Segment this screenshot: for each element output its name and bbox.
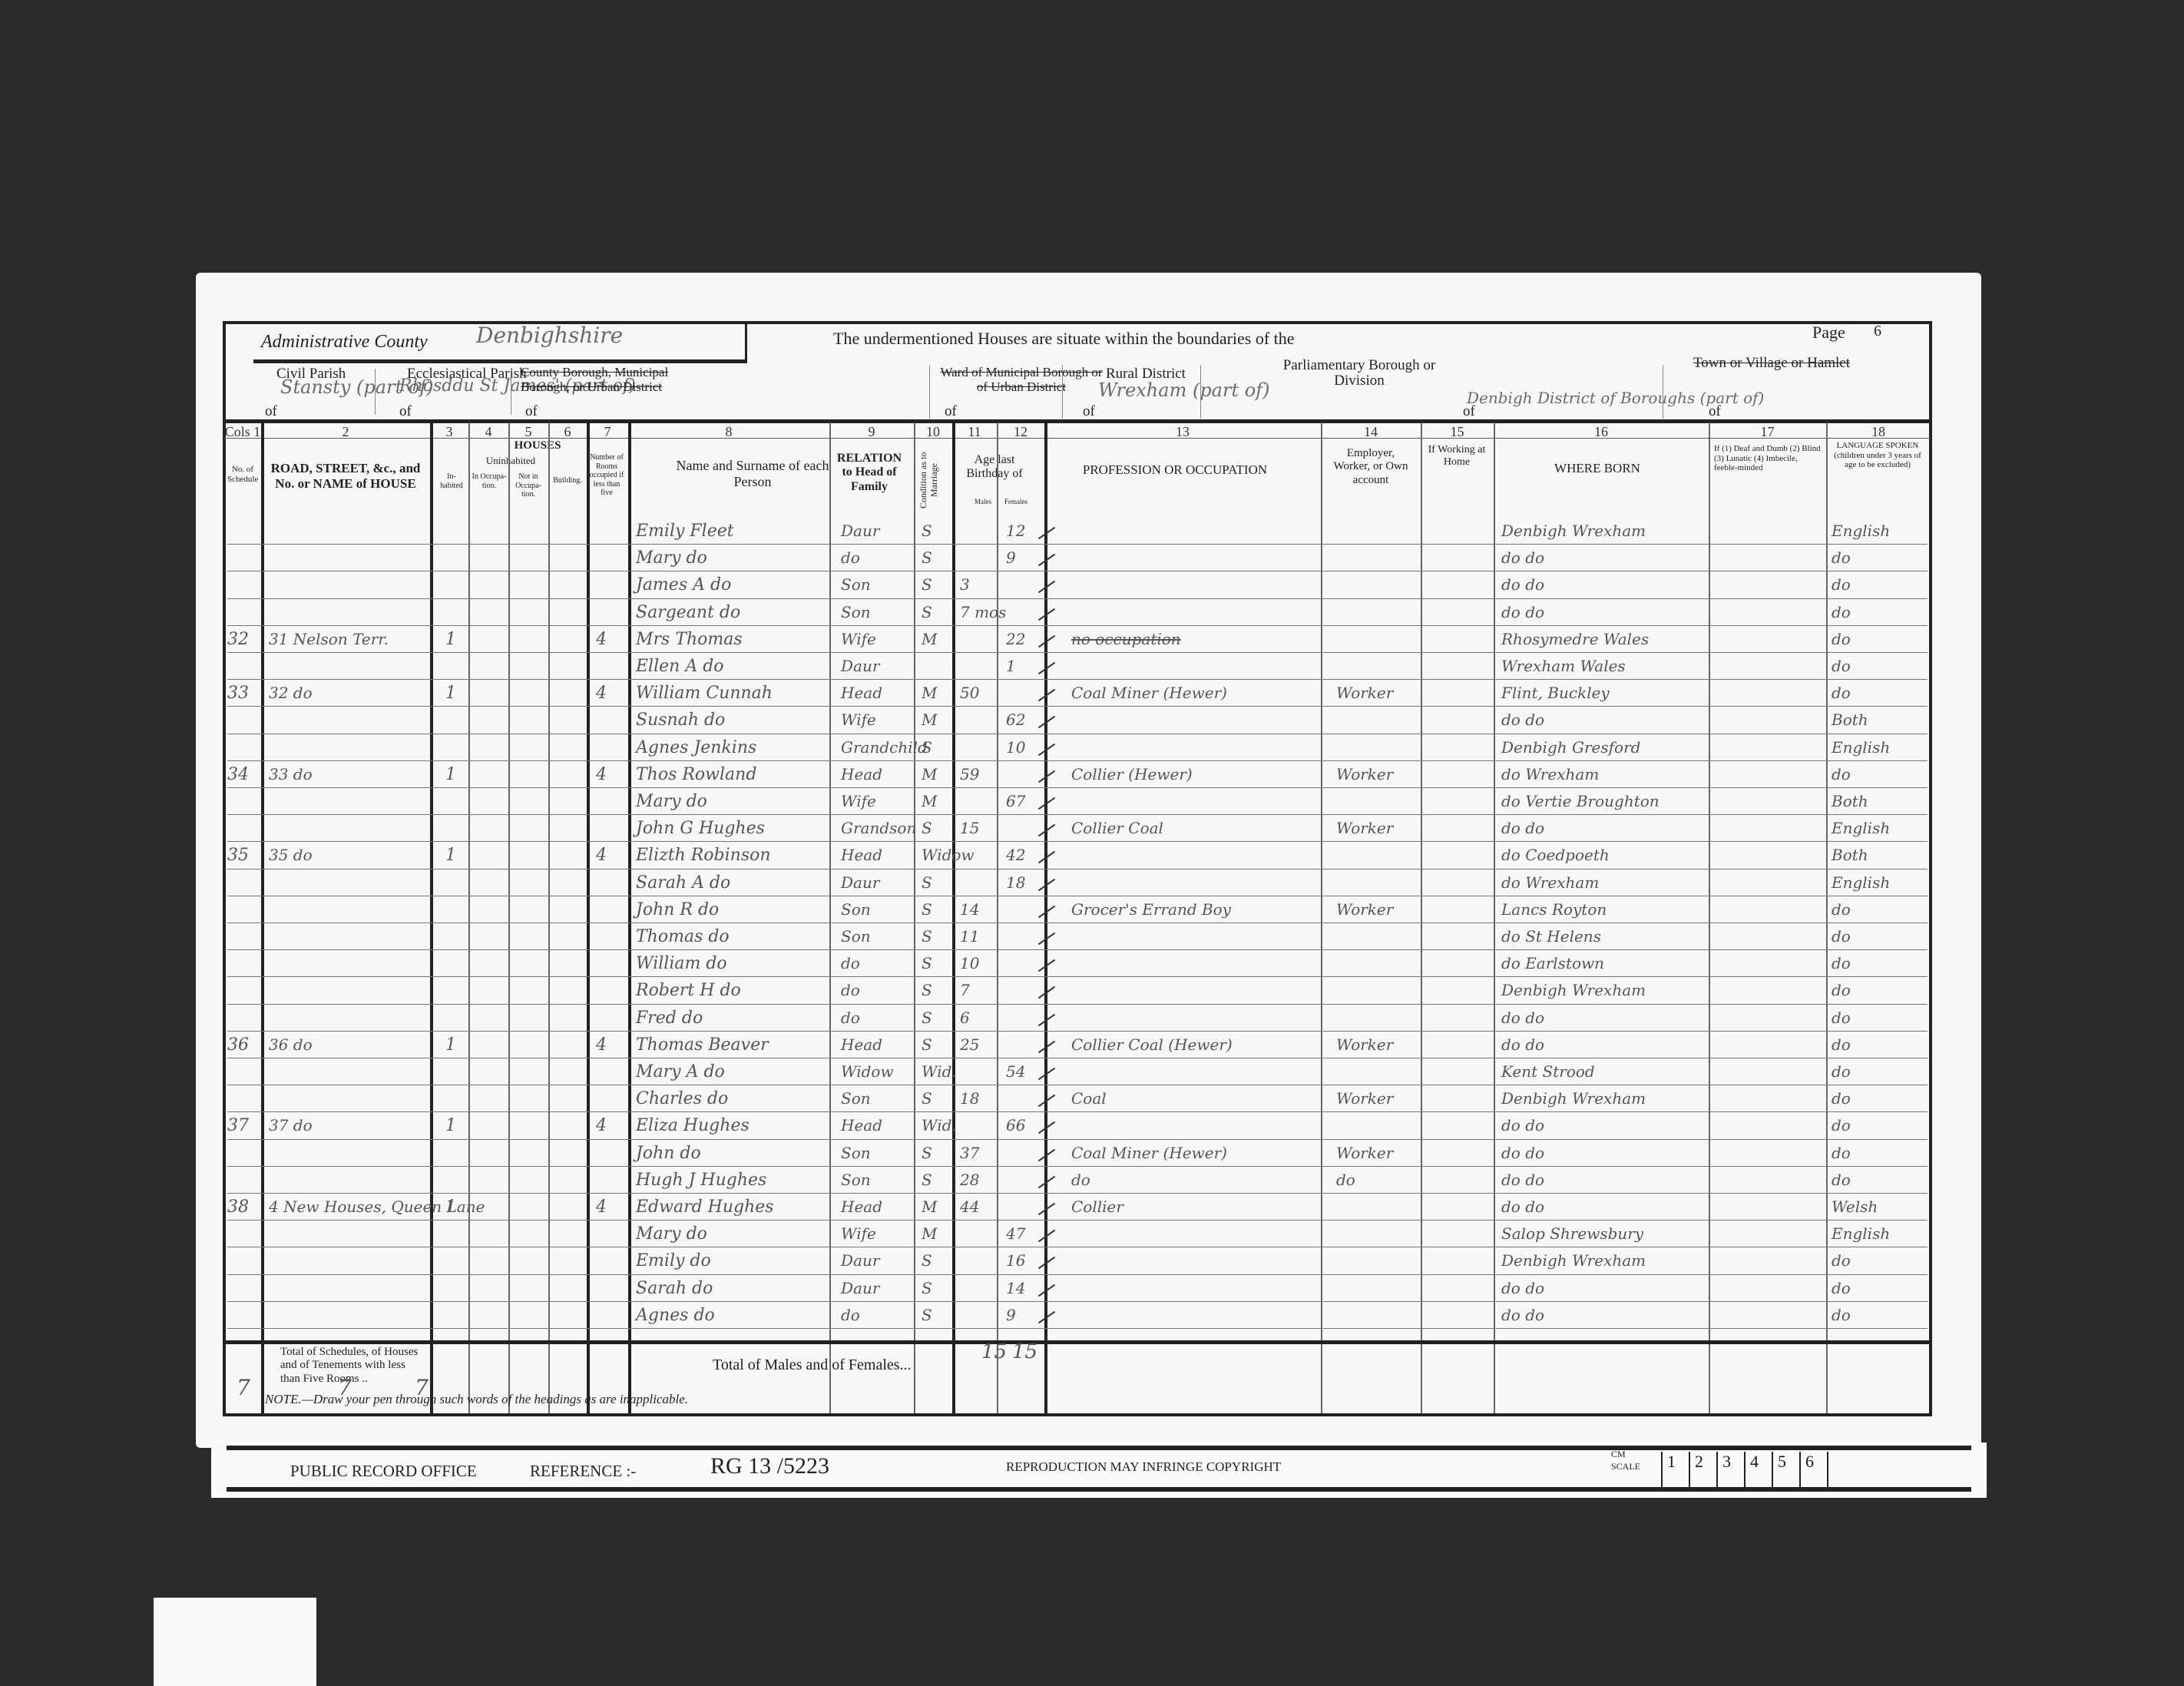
cell-name: Elizth Robinson [636,846,771,865]
cell-name: Charles do [636,1089,728,1108]
col-not-occupation-head: Not in Occupa-tion. [509,472,548,499]
cell-rel: Son [841,1089,871,1108]
cell-name: Hugh J Hughes [636,1171,766,1190]
col-inhabited-head: In-habited [436,472,467,490]
cell-male: 11 [960,927,979,946]
cell-lang: do [1832,1279,1851,1297]
footnote: NOTE.—Draw your pen through such words o… [265,1392,688,1407]
cell-name: James A do [636,575,731,595]
of-label-6: of [1463,403,1475,420]
cell-cond: S [922,1251,932,1270]
cell-cond: S [922,738,932,757]
cell-sched: 35 [227,846,249,865]
cell-inh: 1 [445,765,456,784]
cell-lang: do [1832,657,1851,675]
of-label-1: of [265,403,277,420]
cell-rel: Son [841,927,871,946]
totals-schedules-value: 7 [237,1375,250,1400]
row-rule [227,1274,1928,1275]
cell-occ: Grocer's Errand Boy [1071,900,1231,919]
cell-female: 9 [1006,1306,1016,1324]
cell-born: Denbigh Wrexham [1501,1089,1646,1108]
cell-name: Ellen A do [636,657,724,676]
cell-male: 50 [960,684,979,702]
cell-born: do do [1501,1197,1544,1216]
cell-born: Salop Shrewsbury [1501,1224,1643,1243]
cell-born: do do [1501,1306,1544,1324]
cell-name: John do [636,1144,701,1163]
cell-occ: Coal Miner (Hewer) [1071,684,1227,702]
cell-name: Sarah A do [636,873,730,893]
cell-male: 3 [960,575,970,594]
cell-born: do Vertie Broughton [1501,792,1660,810]
cell-cond: Widow [922,846,975,864]
cell-born: do do [1501,1144,1544,1162]
totals-divider [224,1340,1931,1344]
of-label-4: of [945,403,957,420]
cell-cond: Wid. [922,1062,957,1081]
cell-addr: 31 Nelson Terr. [269,630,389,648]
cell-female: 18 [1006,873,1025,892]
cell-cond: S [922,1035,932,1054]
cell-female: 42 [1006,846,1025,864]
cell-addr: 32 do [269,684,313,702]
cell-rooms: 4 [596,846,607,865]
cell-rel: Daur [841,1251,879,1270]
cell-cond: M [922,630,937,648]
row-rule [227,679,1928,680]
cell-born: Lancs Royton [1501,900,1607,919]
admin-county-value: Denbighshire [476,323,623,348]
cell-born: do Coedpoeth [1501,846,1610,864]
cell-emp: Worker [1336,1089,1393,1108]
cell-lang: do [1832,1251,1851,1270]
cell-cond: M [922,765,937,783]
of-label-2: of [399,403,412,420]
cell-female: 12 [1006,522,1025,540]
cell-female: 47 [1006,1224,1025,1243]
cm-scale-label: CM SCALE [1611,1449,1642,1472]
cell-inh: 1 [445,1116,456,1135]
cell-rel: Daur [841,522,879,540]
cell-cond: S [922,1279,932,1297]
of-label-3: of [525,403,538,420]
cell-lang: English [1832,738,1890,757]
cell-born: do Wrexham [1501,873,1599,892]
cell-name: Eliza Hughes [636,1116,750,1135]
row-rule [227,706,1928,707]
col-houses-head: HOUSES [476,439,599,452]
cell-name: Mrs Thomas [636,630,743,649]
intro-text: The undermentioned Houses are situate wi… [833,329,1295,349]
cell-rel: Son [841,575,871,594]
parl-borough-label: Parliamentary Borough or Division [1259,358,1459,389]
cell-inh: 1 [445,846,456,865]
cell-male: 28 [960,1171,979,1189]
cell-rel: Head [841,1116,882,1134]
cell-cond: M [922,711,937,729]
cell-lang: do [1832,603,1851,621]
row-rule [227,841,1928,842]
col-at-home-head: If Working at Home [1426,444,1487,469]
cell-female: 62 [1006,711,1025,729]
col-language-head: LANGUAGE SPOKEN (children under 3 years … [1828,441,1928,470]
cell-cond: S [922,603,932,621]
cell-male: 14 [960,900,979,919]
cell-born: do do [1501,1009,1544,1027]
scale-mark: 5 [1772,1452,1799,1490]
row-rule [227,598,1928,599]
cell-male: 59 [960,765,979,783]
cell-emp: Worker [1336,765,1393,783]
cell-rel: Son [841,900,871,919]
cell-cond: S [922,819,932,837]
cell-rooms: 4 [596,684,607,703]
town-label: Town or Village or Hamlet [1693,355,1850,372]
cell-female: 1 [1006,657,1016,675]
cell-rooms: 4 [596,1197,607,1217]
cell-name: Thomas Beaver [636,1035,769,1055]
cell-cond: S [922,548,932,567]
row-rule [227,625,1928,626]
row-rule [227,1004,1928,1005]
cell-lang: do [1832,1171,1851,1189]
cell-lang: do [1832,900,1851,919]
cell-male: 18 [960,1089,979,1108]
cell-rel: Son [841,1171,871,1189]
cell-female: 9 [1006,548,1016,567]
cell-cond: S [922,522,932,540]
cell-born: Wrexham Wales [1501,657,1626,675]
cell-cond: S [922,1306,932,1324]
cell-occ: do [1071,1171,1090,1189]
cell-rooms: 4 [596,765,607,784]
cell-name: John R do [636,900,719,919]
col-schedule-head: No. of Schedule [227,465,258,484]
cell-name: William Cunnah [636,684,773,703]
col-name-head: Name and Surname of each Person [676,458,829,489]
cell-addr: 35 do [269,846,313,864]
cell-emp: Worker [1336,819,1393,837]
cell-name: Sarah do [636,1279,713,1298]
cell-name: Thos Rowland [636,765,756,784]
cell-rel: Head [841,1197,882,1216]
cell-female: 10 [1006,738,1025,757]
cell-rel: Grandson [841,819,916,837]
cell-occ: Coal Miner (Hewer) [1071,1144,1227,1162]
cell-lang: Both [1832,846,1868,864]
cell-cond: M [922,684,937,702]
cell-inh: 1 [445,684,456,703]
row-rule [227,1301,1928,1302]
cell-lang: English [1832,873,1890,892]
cell-born: do do [1501,1279,1544,1297]
col-rooms-head: Number of Rooms occupied if less than fi… [587,453,626,498]
row-rule [227,869,1928,869]
col-uninhabited-head: Uninhabited [472,455,549,467]
cell-cond: M [922,1197,937,1216]
admin-county-label: Administrative County [261,332,428,353]
cell-occ: Collier (Hewer) [1071,765,1193,783]
totals-males-value: 15 [981,1340,1007,1363]
cell-name: Emily Fleet [636,522,734,541]
cell-male: 15 [960,819,979,837]
cell-emp: do [1336,1171,1355,1189]
cell-lang: do [1832,1144,1851,1162]
cell-female: 67 [1006,792,1025,810]
cell-emp: Worker [1336,900,1393,919]
cell-cond: S [922,1144,932,1162]
cell-name: Mary do [636,792,707,811]
row-rule [227,922,1928,923]
cell-born: Denbigh Wrexham [1501,522,1646,540]
cell-occ: Coal [1071,1089,1107,1108]
cell-cond: Wid. [922,1116,957,1134]
cell-cond: M [922,1224,937,1243]
county-borough-label: County Borough, Municipal Borough, or Ur… [521,366,697,394]
cell-name: Edward Hughes [636,1197,774,1217]
cell-sched: 33 [227,684,249,703]
cell-rel: do [841,954,860,972]
cell-rel: Head [841,684,882,702]
cell-inh: 1 [445,630,456,649]
cell-born: Rhosymedre Wales [1501,630,1649,648]
cell-sched: 38 [227,1197,249,1217]
cell-addr: 36 do [269,1035,313,1054]
cell-emp: Worker [1336,1035,1393,1054]
cell-rel: do [841,548,860,567]
col-infirmity-head: If (1) Deaf and Dumb (2) Blind (3) Lunat… [1714,444,1822,473]
row-rule [227,571,1928,571]
cell-cond: S [922,981,932,999]
totals-females-value: 15 [1012,1340,1037,1363]
cell-rel: Son [841,1144,871,1162]
cell-name: William do [636,954,727,973]
cell-sched: 32 [227,630,249,649]
cell-lang: English [1832,522,1890,540]
cell-female: 22 [1006,630,1025,648]
cell-rel: do [841,1306,860,1324]
cell-born: do do [1501,1116,1544,1134]
scale-mark: 6 [1799,1452,1827,1490]
row-rule [227,976,1928,977]
cell-inh: 1 [445,1197,456,1217]
cell-lang: do [1832,1089,1851,1108]
cell-born: do do [1501,819,1544,837]
cell-male: 37 [960,1144,979,1162]
archive-office: PUBLIC RECORD OFFICE [290,1462,477,1481]
cell-name: Fred do [636,1009,703,1028]
cell-lang: do [1832,630,1851,648]
reference-label: REFERENCE :- [530,1462,636,1481]
cell-rel: Wife [841,1224,876,1243]
totals-schedules-label: Total of Schedules, of Houses and of Ten… [280,1346,426,1386]
cell-cond: S [922,927,932,946]
cell-lang: do [1832,1306,1851,1324]
row-rule [227,1031,1928,1032]
cell-born: do do [1501,548,1544,567]
col-employer-head: Employer, Worker, or Own account [1329,447,1413,487]
cell-born: do do [1501,1035,1544,1054]
cell-lang: English [1832,819,1890,837]
cell-male: 6 [960,1009,970,1027]
col-age-head: Age last Birthday of [964,453,1025,482]
cell-name: Susnah do [636,711,725,730]
cell-rel: Son [841,603,871,621]
cell-rooms: 4 [596,630,607,649]
cell-born: Flint, Buckley [1501,684,1610,702]
cell-male: 44 [960,1197,979,1216]
row-rule [227,1328,1928,1329]
cell-rel: Head [841,846,882,864]
rural-district-value: Wrexham (part of) [1098,379,1269,401]
page-number: 6 [1874,323,1881,340]
cell-addr: 37 do [269,1116,313,1134]
cell-name: John G Hughes [636,819,765,838]
cell-born: do do [1501,711,1544,729]
cell-female: 66 [1006,1116,1025,1134]
cell-born: Denbigh Wrexham [1501,1251,1646,1270]
cell-rel: Widow [841,1062,894,1081]
cell-lang: do [1832,548,1851,567]
col-address-head: ROAD, STREET, &c., and No. or NAME of HO… [265,461,426,491]
cell-cond: S [922,1089,932,1108]
cell-emp: Worker [1336,684,1393,702]
cell-addr: 33 do [269,765,313,783]
totals-males-females-label: Total of Males and of Females... [713,1356,912,1374]
cell-male: 25 [960,1035,979,1054]
row-rule [227,734,1928,734]
cell-name: Sargeant do [636,603,740,622]
cell-rel: Head [841,1035,882,1054]
scale-mark: 2 [1689,1452,1716,1490]
cell-inh: 1 [445,1035,456,1055]
cell-lang: Both [1832,792,1868,810]
white-card [154,1598,316,1686]
cell-rel: Daur [841,873,879,892]
cell-lang: do [1832,981,1851,999]
row-rule [227,1085,1928,1085]
row-rule [227,652,1928,653]
cell-born: Denbigh Gresford [1501,738,1640,757]
cell-sched: 34 [227,765,249,784]
page-label: Page [1812,323,1845,343]
of-label-7: of [1709,403,1721,420]
row-rule [227,896,1928,896]
cell-occ: no occupation [1071,630,1181,648]
cell-female: 54 [1006,1062,1025,1081]
cell-name: Mary do [636,1224,707,1244]
cell-lang: Welsh [1832,1197,1878,1216]
row-rule [227,1139,1928,1140]
row-rule [227,1220,1928,1221]
cell-name: Agnes do [636,1306,715,1325]
cell-rel: do [841,1009,860,1027]
col-occupation-head: PROFESSION OR OCCUPATION [1052,462,1298,478]
cell-cond: M [922,792,937,810]
cell-cond: S [922,1171,932,1189]
cell-rel: Head [841,765,882,783]
col-in-occupation-head: In Occupa-tion. [470,472,508,490]
cell-born: Denbigh Wrexham [1501,981,1646,999]
cell-rel: Daur [841,657,879,675]
cell-lang: do [1832,765,1851,783]
cell-name: Mary do [636,548,707,568]
copyright-notice: REPRODUCTION MAY INFRINGE COPYRIGHT [1006,1459,1281,1475]
cell-lang: do [1832,575,1851,594]
cell-lang: do [1832,684,1851,702]
cell-occ: Collier Coal [1071,819,1163,837]
row-rule [227,787,1928,788]
cell-born: Kent Strood [1501,1062,1595,1081]
cell-lang: do [1832,1062,1851,1081]
cell-rel: Daur [841,1279,879,1297]
cell-female: 14 [1006,1279,1025,1297]
row-rule [227,1058,1928,1058]
cell-rel: do [841,981,860,999]
scale-mark: 4 [1744,1452,1772,1490]
reference-value: RG 13 /5223 [710,1453,829,1479]
cell-male: 10 [960,954,979,972]
cell-male: 7 [960,981,970,999]
cell-born: do do [1501,575,1544,594]
cell-cond: S [922,1009,932,1027]
row-rule [227,544,1928,545]
header-divider [224,419,1931,423]
cell-lang: Both [1832,711,1868,729]
cell-cond: S [922,954,932,972]
row-rule [227,949,1928,950]
cell-occ: Collier [1071,1197,1123,1216]
cell-rooms: 4 [596,1116,607,1135]
cell-name: Thomas do [636,927,730,946]
cell-lang: English [1832,1224,1890,1243]
cell-cond: S [922,575,932,594]
col-relation-head: RELATION to Head of Family [831,452,908,494]
cell-born: do Earlstown [1501,954,1604,972]
cell-name: Emily do [636,1251,711,1270]
cell-name: Agnes Jenkins [636,738,756,757]
ward-label: Ward of Municipal Borough or of Urban Di… [937,366,1106,394]
cell-lang: do [1832,1116,1851,1134]
cell-rooms: 4 [596,1035,607,1055]
row-rule [227,760,1928,761]
cell-lang: do [1832,954,1851,972]
cell-name: Mary A do [636,1062,725,1081]
cell-rel: Grandchild [841,738,928,757]
cell-sched: 37 [227,1116,249,1135]
col-condition-head: Condition as to Marriage [918,438,945,522]
cell-lang: do [1832,1035,1851,1054]
row-rule [227,1193,1928,1194]
cell-cond: S [922,900,932,919]
row-rule [227,1111,1928,1112]
cell-cond: S [922,873,932,892]
col-females-head: Females [1002,498,1030,505]
cell-emp: Worker [1336,1144,1393,1162]
cell-rel: Wife [841,630,876,648]
col-building-head: Building. [549,476,586,485]
cell-sched: 36 [227,1035,249,1055]
cell-occ: Collier Coal (Hewer) [1071,1035,1233,1054]
of-label-5: of [1083,403,1095,420]
cell-male: 7 mos [960,603,1006,621]
col-where-born-head: WHERE BORN [1505,461,1689,476]
cell-lang: do [1832,927,1851,946]
cell-rel: Wife [841,711,876,729]
scale-mark: 1 [1661,1452,1689,1490]
row-rule [227,814,1928,815]
